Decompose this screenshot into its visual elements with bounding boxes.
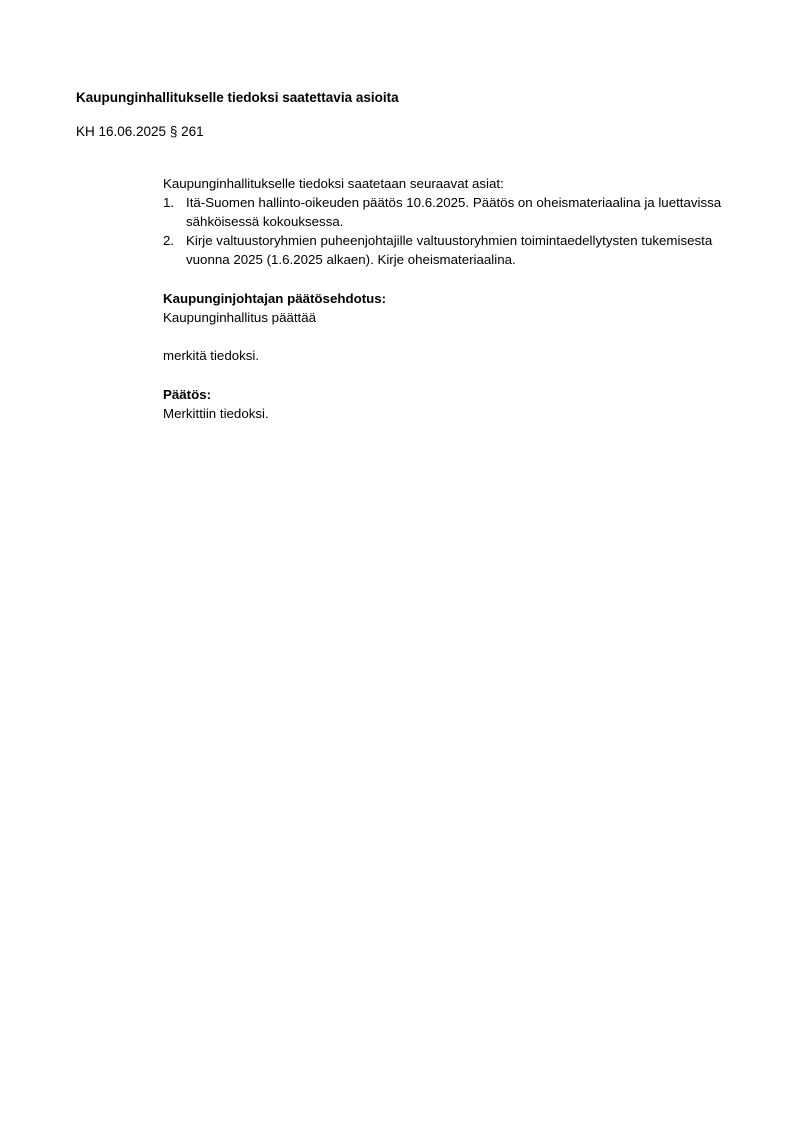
list-item: 1. Itä-Suomen hallinto-oikeuden päätös 1…: [163, 193, 723, 231]
intro-text: Kaupunginhallitukselle tiedoksi saatetaa…: [163, 174, 723, 193]
proposal-heading: Kaupunginjohtajan päätösehdotus:: [163, 289, 723, 308]
document-title: Kaupunginhallitukselle tiedoksi saatetta…: [76, 90, 399, 105]
item-text: Itä-Suomen hallinto-oikeuden päätös 10.6…: [186, 195, 721, 229]
proposal-line-1: Kaupunginhallitus päättää: [163, 308, 723, 327]
meeting-reference: KH 16.06.2025 § 261: [76, 124, 204, 139]
list-item: 2. Kirje valtuustoryhmien puheenjohtajil…: [163, 231, 723, 269]
item-number: 1.: [163, 193, 174, 212]
decision-text: Merkittiin tiedoksi.: [163, 404, 723, 423]
items-list: 1. Itä-Suomen hallinto-oikeuden päätös 1…: [163, 193, 723, 269]
item-text: Kirje valtuustoryhmien puheenjohtajille …: [186, 233, 712, 267]
item-number: 2.: [163, 231, 174, 250]
proposal-line-2: merkitä tiedoksi.: [163, 346, 723, 365]
decision-heading: Päätös:: [163, 385, 723, 404]
document-body: Kaupunginhallitukselle tiedoksi saatetaa…: [163, 174, 723, 423]
